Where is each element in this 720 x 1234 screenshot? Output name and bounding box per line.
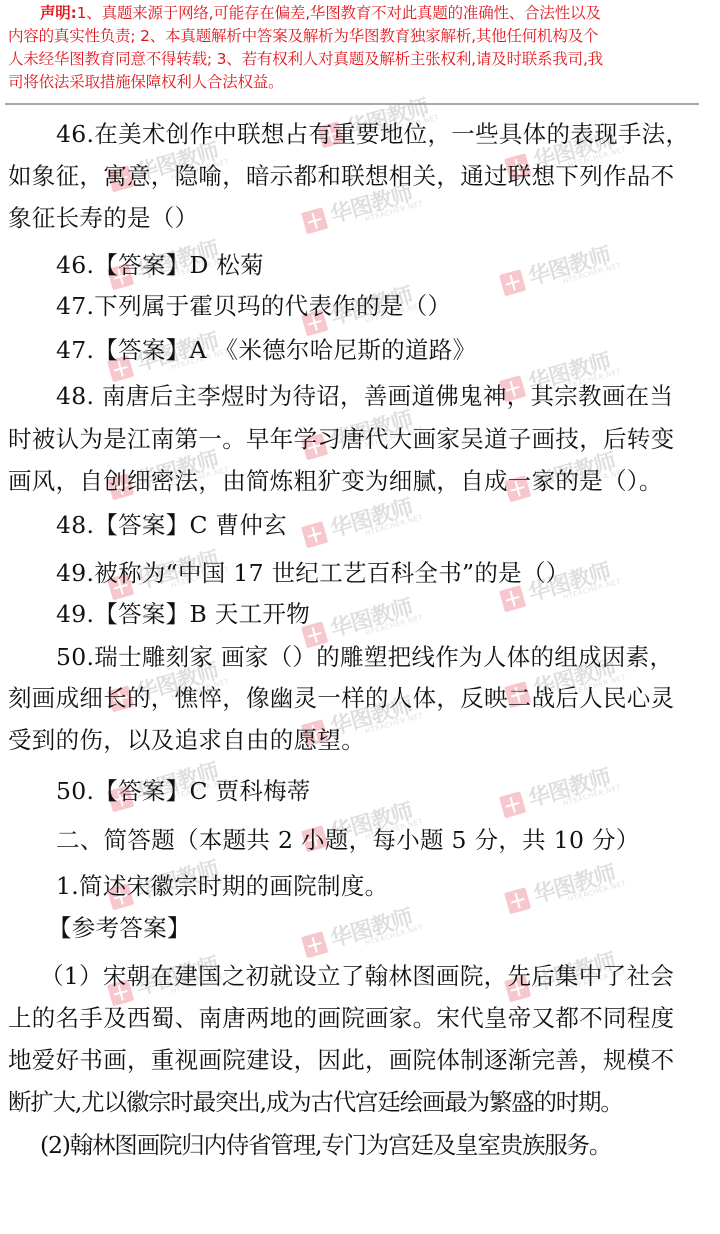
watermark: 华图教师HTEACHER.NET xyxy=(496,746,653,833)
disclaimer-text-1: 1、真题来源于网络,可能存在偏差,华图教育不对此真题的准确性、合法性以及 xyxy=(77,4,601,22)
short-answer-question-1: 1.简述宋徽宗时期的画院制度。 xyxy=(56,871,388,901)
header-separator xyxy=(5,103,699,105)
question-48-line-1: 48. 南唐后主李煜时为待诏，善画道佛鬼神，其宗教画在当 xyxy=(56,381,673,411)
watermark-text: 华图教师 xyxy=(326,591,415,644)
reference-answer-label: 【参考答案】 xyxy=(48,913,191,943)
watermark-subtext: HTEACHER.NET xyxy=(364,923,424,947)
disclaimer: 声明:1、真题来源于网络,可能存在偏差,华图教育不对此真题的准确性、合法性以及 … xyxy=(8,2,708,94)
watermark-subtext: HTEACHER.NET xyxy=(562,577,622,601)
watermark-logo-icon xyxy=(301,207,328,234)
answer-48: 48.【答案】C 曹仲玄 xyxy=(56,510,287,540)
disclaimer-line-2: 内容的真实性负责; 2、本真题解析中答案及解析为华图教育独家解析,其他任何机构及… xyxy=(8,25,708,48)
watermark-logo-icon xyxy=(301,931,328,958)
watermark-subtext: HTEACHER.NET xyxy=(364,711,424,735)
question-46-line-2: 如象征，寓意，隐喻，暗示都和联想相关，通过联想下列作品不 xyxy=(8,161,674,191)
watermark-subtext: HTEACHER.NET xyxy=(364,199,424,223)
watermark: 华图教师HTEACHER.NET xyxy=(501,842,658,929)
question-50-line-2: 刻画成细长的，憔悴，像幽灵一样的人体，反映二战后人民心灵 xyxy=(8,683,674,713)
answer-46: 46.【答案】D 松菊 xyxy=(56,250,264,280)
watermark-text: 华图教师 xyxy=(326,491,415,544)
watermark-text: 华图教师 xyxy=(524,239,613,292)
disclaimer-line-1: 声明:1、真题来源于网络,可能存在偏差,华图教育不对此真题的准确性、合法性以及 xyxy=(8,2,708,25)
answer-47: 47.【答案】A 《米德尔哈尼斯的道路》 xyxy=(56,335,476,365)
answer-paragraph-1-line-2: 上的名手及西蜀、南唐两地的画院画家。宋代皇帝又都不同程度 xyxy=(8,1003,674,1033)
answer-paragraph-1-line-4: 断扩大,尤以徽宗时最突出,成为古代宫廷绘画最为繁盛的时期。 xyxy=(8,1087,623,1117)
question-46-line-1: 46.在美术创作中联想占有重要地位，一些具体的表现手法， xyxy=(56,119,689,149)
watermark-text: 华图教师 xyxy=(524,761,613,814)
watermark-logo-icon xyxy=(301,521,328,548)
section-2-heading: 二、简答题（本题共 2 小题，每小题 5 分，共 10 分） xyxy=(56,825,640,855)
watermark-logo-icon xyxy=(504,887,531,914)
answer-50: 50.【答案】C 贾科梅蒂 xyxy=(56,776,311,806)
question-47-line-1: 47.下列属于霍贝玛的代表作的是（） xyxy=(56,291,451,321)
question-50-line-3: 受到的伤，以及追求自由的愿望。 xyxy=(8,725,365,755)
watermark-subtext: HTEACHER.NET xyxy=(562,261,622,285)
answer-49: 49.【答案】B 天工开物 xyxy=(56,599,310,629)
watermark-subtext: HTEACHER.NET xyxy=(562,783,622,807)
watermark-logo-icon xyxy=(499,585,526,612)
watermark-subtext: HTEACHER.NET xyxy=(364,613,424,637)
question-48-line-3: 画风，自创细密法，由简炼粗犷变为细腻，自成一家的是（）。 xyxy=(8,466,663,496)
watermark-subtext: HTEACHER.NET xyxy=(364,513,424,537)
watermark: 华图教师HTEACHER.NET xyxy=(496,224,653,311)
watermark-logo-icon xyxy=(499,269,526,296)
question-50-line-1: 50.瑞士雕刻家 画家（）的雕塑把线作为人体的组成因素， xyxy=(56,642,673,672)
answer-paragraph-1-line-1: （1）宋朝在建国之初就设立了翰林图画院，先后集中了社会 xyxy=(40,961,674,991)
watermark-subtext: HTEACHER.NET xyxy=(567,879,627,903)
answer-paragraph-2-line-1: (2)翰林图画院归内侍省管理,专门为宫廷及皇室贵族服务。 xyxy=(40,1130,611,1160)
watermark-logo-icon xyxy=(499,791,526,818)
watermark-text: 华图教师 xyxy=(529,857,618,910)
watermark-text: 华图教师 xyxy=(326,901,415,954)
question-48-line-2: 时被认为是江南第一。早年学习唐代大画家吴道子画技，后转变 xyxy=(8,424,674,454)
disclaimer-label: 声明: xyxy=(40,4,77,22)
question-49-line-1: 49.被称为“中国 17 世纪工艺百科全书”的是（） xyxy=(56,558,570,588)
answer-paragraph-1-line-3: 地爱好书画，重视画院建设，因此，画院体制逐渐完善，规模不 xyxy=(8,1045,674,1075)
disclaimer-line-4: 司将依法采取措施保障权利人合法权益。 xyxy=(8,71,708,94)
question-46-line-3: 象征长寿的是（） xyxy=(8,203,198,233)
disclaimer-line-3: 人未经华图教育同意不得转载; 3、若有权利人对真题及解析主张权利,请及时联系我司… xyxy=(8,48,708,71)
